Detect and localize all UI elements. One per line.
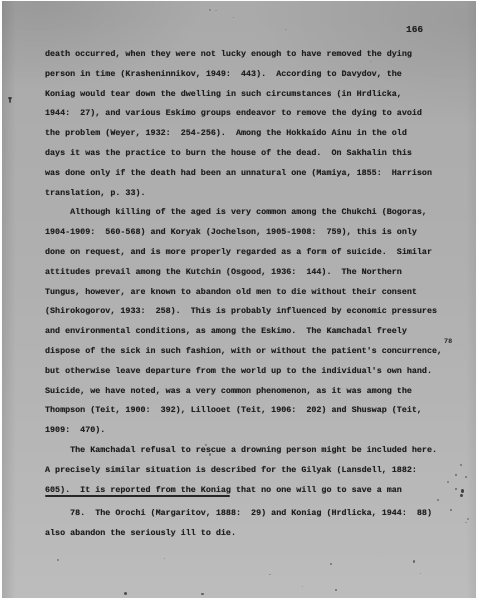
body-text-line: done on request, and is more properly re… bbox=[45, 247, 432, 257]
body-text-line: Thompson (Teit, 1900: 392), Lillooet (Te… bbox=[45, 405, 422, 415]
scan-speck bbox=[413, 560, 415, 563]
body-text-line: 605). It is reported from the Koniag tha… bbox=[45, 485, 402, 495]
scan-speck bbox=[370, 61, 372, 62]
scan-speck bbox=[420, 573, 421, 574]
body-text-line: 1904-1909: 560-568) and Koryak (Jochelso… bbox=[45, 227, 417, 237]
body-text-line: attitudes prevail among the Kutchin (Osg… bbox=[45, 267, 402, 277]
scan-speck bbox=[57, 559, 59, 561]
scan-speck bbox=[330, 563, 332, 565]
scan-speck bbox=[201, 593, 204, 595]
scan-speck bbox=[215, 10, 217, 11]
scan-speck bbox=[164, 558, 165, 559]
body-text-line: but otherwise leave departure from the w… bbox=[45, 366, 432, 376]
footnote-text-line: also abandon the seriously ill to die. bbox=[45, 528, 236, 538]
scan-speck bbox=[9, 98, 11, 103]
body-text-line: days it was the practice to burn the hou… bbox=[45, 148, 412, 158]
body-text-line: A precisely similar situation is describ… bbox=[45, 465, 417, 475]
scan-speck bbox=[205, 444, 207, 446]
scan-speck bbox=[450, 509, 452, 511]
scan-speck bbox=[335, 589, 337, 591]
scan-speck bbox=[124, 592, 127, 595]
footnote-text-line: 78. The Orochi (Margaritov, 1888: 29) an… bbox=[45, 508, 432, 518]
scan-speck bbox=[460, 494, 463, 497]
scan-speck bbox=[460, 464, 462, 466]
body-text-line: translation, p. 33). bbox=[45, 188, 146, 198]
body-text-line: The Kamchadal refusal to rescue a drowni… bbox=[45, 445, 437, 455]
scan-speck bbox=[455, 488, 457, 490]
scan-speck bbox=[285, 29, 287, 30]
scan-speck bbox=[467, 518, 469, 520]
body-text-line: dispose of the sick in such fashion, wit… bbox=[45, 346, 442, 356]
body-text-line: was done only if the death had been an u… bbox=[45, 168, 432, 178]
scan-speck bbox=[455, 474, 457, 476]
body-text-line: Although killing of the aged is very com… bbox=[45, 207, 427, 217]
body-text-line: 1909: 470). bbox=[45, 425, 105, 435]
scanned-page: 166 death occurred, when they were not l… bbox=[2, 1, 476, 598]
body-text-line: and environmental conditions, as among t… bbox=[45, 326, 407, 336]
scan-speck bbox=[447, 481, 449, 483]
screenshot-root: { "colors": { "paper": "#b3b3b3", "ink":… bbox=[0, 0, 478, 600]
scan-speck bbox=[209, 9, 211, 11]
scan-speck bbox=[302, 586, 303, 587]
footnote-ref-superscript: 78 bbox=[444, 338, 452, 346]
body-text-line: person in time (Krasheninnikov, 1949: 44… bbox=[45, 69, 402, 79]
scan-speck bbox=[269, 574, 271, 575]
body-text-line: Koniag would tear down the dwelling in s… bbox=[45, 89, 402, 99]
body-text-line: Tungus, however, are known to abandon ol… bbox=[45, 287, 417, 297]
body-text-line: (Shirokogorov, 1933: 258). This is proba… bbox=[45, 306, 437, 316]
scan-speck bbox=[233, 17, 234, 18]
scan-speck bbox=[437, 499, 439, 501]
scan-speck bbox=[209, 453, 211, 456]
body-text-line: the problem (Weyer, 1932: 254-256). Amon… bbox=[45, 128, 407, 138]
body-text-line: death occurred, when they were not lucky… bbox=[45, 49, 412, 59]
footnote-separator-rule bbox=[45, 495, 230, 497]
page-number: 166 bbox=[406, 24, 423, 35]
body-text-line: Suicide, we have noted, was a very commo… bbox=[45, 386, 412, 396]
body-text-line: 1944: 27), and various Eskimo groups end… bbox=[45, 108, 422, 118]
scan-speck bbox=[461, 489, 464, 493]
scan-speck bbox=[465, 476, 467, 478]
scan-speck bbox=[465, 522, 467, 523]
